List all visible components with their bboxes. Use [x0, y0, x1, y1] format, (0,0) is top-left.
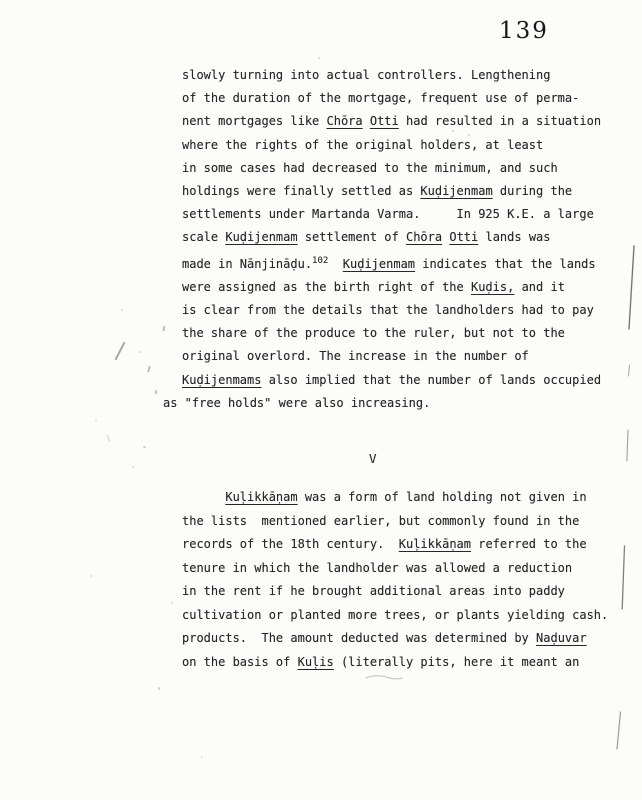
- pencil-slash-mark: [115, 342, 125, 361]
- text-line: original overlord. The increase in the n…: [182, 345, 622, 368]
- section-heading: V: [369, 451, 377, 466]
- paragraph-2: Kuḷikkāṇam was a form of land holding no…: [182, 486, 622, 674]
- text-line: in the rent if he brought additional are…: [182, 580, 622, 604]
- text-line: where the rights of the original holders…: [182, 134, 622, 157]
- text-line: products. The amount deducted was determ…: [182, 627, 622, 651]
- text-line: tenure in which the landholder was allow…: [182, 557, 622, 581]
- text-line: slowly turning into actual controllers. …: [182, 64, 622, 87]
- text-line: Kuḷikkāṇam was a form of land holding no…: [182, 486, 622, 510]
- text-line: of the duration of the mortgage, frequen…: [182, 87, 622, 110]
- text-line: cultivation or planted more trees, or pl…: [182, 604, 622, 628]
- text-line: in some cases had decreased to the minim…: [182, 157, 622, 180]
- text-line: on the basis of Kuḷis (literally pits, h…: [182, 651, 622, 675]
- text-line: the share of the produce to the ruler, b…: [182, 322, 622, 345]
- text-line: made in Nānjināḍu.102 Kuḍijenmam indicat…: [182, 250, 622, 276]
- text-line: the lists mentioned earlier, but commonl…: [182, 510, 622, 534]
- text-line: nent mortgages like Chōra Otti had resul…: [182, 110, 622, 133]
- text-line: scale Kuḍijenmam settlement of Chōra Ott…: [182, 226, 622, 249]
- text-line: were assigned as the birth right of the …: [182, 276, 622, 299]
- text-line: as "free holds" were also increasing.: [163, 392, 622, 415]
- scanned-document-page: 139 slowly turning into actual controlle…: [0, 0, 642, 800]
- text-line: settlements under Martanda Varma. In 925…: [182, 203, 622, 226]
- text-line: holdings were finally settled as Kuḍijen…: [182, 180, 622, 203]
- text-line: records of the 18th century. Kuḷikkāṇam …: [182, 533, 622, 557]
- text-line: Kuḍijenmams also implied that the number…: [182, 369, 622, 392]
- text-line: is clear from the details that the landh…: [182, 299, 622, 322]
- page-number: 139: [499, 18, 549, 44]
- paragraph-1: slowly turning into actual controllers. …: [182, 64, 622, 415]
